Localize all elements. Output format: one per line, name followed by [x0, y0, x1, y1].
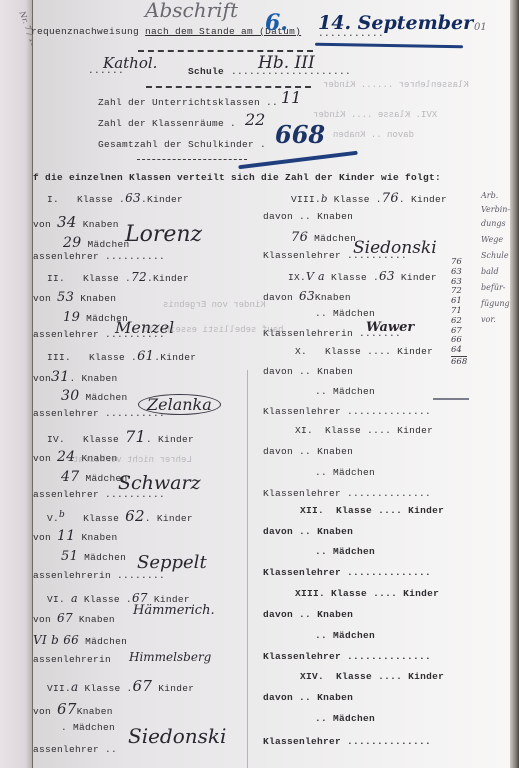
class-row-II: II. Klasse .72.Kinder	[47, 270, 189, 284]
pencil-note-abschrift: Abschrift	[145, 0, 238, 22]
rooms-count-label: Zahl der Klassenräume	[98, 118, 224, 129]
boys-row-XII: davon .. Knaben	[263, 526, 353, 537]
boys-row-III: von31. Knaben	[33, 369, 117, 385]
bleed-through-text: Klassenlehrer ...... Kinder	[323, 80, 469, 90]
teacher-name-VIa: Hämmerich.	[133, 603, 215, 618]
teacher-name-IV: Schwarz	[118, 472, 201, 494]
girls-row-XIII: .. Mädchen	[315, 630, 375, 641]
boys-row-VII: von 67Knaben	[33, 700, 113, 718]
girls-row-XI: .. Mädchen	[315, 467, 375, 478]
school-type-handwritten: Kathol.	[103, 54, 157, 72]
bleed-through-text: Kinder von Ergebnis	[163, 300, 266, 310]
total-children-label: Gesamtzahl der Schulkinder	[98, 139, 254, 150]
girls-row-XII: .. Mädchen	[315, 546, 375, 557]
girls-row-VII: . Mädchen	[61, 722, 115, 733]
class-row-V: V.b Klasse 62. Kinder	[47, 507, 193, 525]
boys-row-XIII: davon .. Knaben	[263, 609, 353, 620]
corner-mark: 01	[474, 22, 487, 33]
margin-note: Arb. Verbin- dungs Wege Schule bald befü…	[481, 186, 510, 330]
girls-row-VI: VI b 66 Mädchen	[33, 633, 127, 647]
boys-row-II: von 53 Knaben	[33, 290, 116, 305]
teacher-row-XI: Klassenlehrer ..............	[263, 488, 431, 499]
girls-row-III: 30 Mädchen	[61, 388, 127, 404]
title-prefix: requenznachweisung	[31, 26, 139, 37]
teacher-row-VII: assenlehrer ..	[33, 744, 117, 755]
class-row-IX: IX.V a Klasse .63 Kinder	[288, 269, 437, 283]
tally-underline	[433, 398, 469, 400]
class-row-VII: VII.a Klasse .67 Kinder	[47, 677, 194, 695]
boys-row-XIV: davon .. Knaben	[263, 692, 353, 703]
boys-row-X: davon .. Knaben	[263, 366, 353, 377]
classes-count-value: 11	[281, 88, 301, 107]
form-title: requenznachweisung nach dem Stande am (D…	[31, 26, 301, 37]
teacher-row-XII: Klassenlehrer ..............	[263, 567, 431, 578]
girls-row-I: 29 Mädchen	[63, 235, 129, 251]
summary-divider	[137, 159, 247, 160]
teacher-row-XIII: Klassenlehrer ..............	[263, 651, 431, 662]
class-row-III: III. Klasse .61.Kinder	[47, 349, 196, 364]
fold-line	[247, 370, 248, 768]
boys-row-VI: von 67 Knaben	[33, 611, 115, 625]
classes-count-label: Zahl der Unterrichtsklassen	[98, 97, 260, 108]
teacher-name-V: Seppelt	[137, 552, 207, 573]
boys-row-I: von 34 Knaben	[33, 213, 119, 231]
teacher-name-III: Zelanka	[138, 394, 221, 415]
teacher-row-I: assenlehrer ..........	[33, 251, 165, 262]
class-row-XI: XI. Klasse .... Kinder	[295, 425, 433, 436]
document-page: Klassenlehrer ...... Kinder XVI. Klasse …	[32, 0, 511, 768]
date-day-handwritten: 6.	[265, 10, 288, 36]
class-row-IV: IV. Klasse 71. Kinder	[47, 427, 194, 446]
girls-row-IX: .. Mädchen	[315, 308, 375, 319]
bleed-through-text: XVI. Klasse .... Kinder	[313, 110, 437, 120]
distribution-heading: f die einzelnen Klassen verteilt sich di…	[33, 172, 441, 183]
teacher-name-VII: Siedonski	[128, 724, 226, 748]
teacher-row-VI: assenlehrerin	[33, 654, 111, 665]
total-children-value: 668	[275, 120, 325, 149]
book-edge	[510, 0, 519, 768]
teacher-name-VIII: Siedonski	[353, 238, 437, 258]
class-row-VIII: VIII.b Klasse .76. Kinder	[291, 191, 447, 206]
kinder-count: 63	[125, 191, 141, 205]
girls-row-VIII: 76 Mädchen	[291, 230, 356, 245]
class-row-I: I. Klasse .63.Kinder	[47, 191, 183, 205]
teacher-name-IX: Wawer	[366, 320, 414, 335]
school-name-handwritten: Hb. III	[258, 53, 315, 73]
boys-row-IX: davon 63Knaben	[263, 289, 351, 303]
boys-row-VIII: davon .. Knaben	[263, 211, 353, 222]
girls-row-V: 51 Mädchen	[61, 549, 126, 564]
class-row-XII: XII. Klasse .... Kinder	[300, 505, 444, 516]
teacher-name-II: Menzel	[115, 318, 174, 337]
class-row-XIII: XIII. Klasse .... Kinder	[295, 588, 439, 599]
boys-row-V: von 11 Knaben	[33, 528, 117, 544]
bleed-through-text: davon .. Knaben	[333, 130, 414, 140]
date-handwritten: 14. September	[318, 12, 473, 34]
teacher-name-I: Lorenz	[125, 222, 202, 247]
class-row-XIV: XIV. Klasse .... Kinder	[300, 671, 444, 682]
ink-underline	[315, 43, 463, 49]
ink-underline-total	[238, 151, 358, 170]
school-label: Schule	[188, 66, 224, 77]
boys-row-IV: von 24 Knaben	[33, 449, 117, 465]
rooms-count-row: Zahl der Klassenräume .	[98, 118, 236, 129]
total-children-row: Gesamtzahl der Schulkinder .	[98, 139, 266, 150]
teacher-row-X: Klassenlehrer ..............	[263, 406, 431, 417]
header-divider	[138, 50, 313, 52]
class-row-X: X. Klasse .... Kinder	[295, 346, 433, 357]
boys-row-XI: davon .. Knaben	[263, 446, 353, 457]
tally-column: 76 63 63 72 61 71 62 67 66 64 668	[451, 258, 467, 368]
classes-count-row: Zahl der Unterrichtsklassen ..	[98, 97, 278, 108]
girls-row-X: .. Mädchen	[315, 386, 375, 397]
girls-row-XIV: .. Mädchen	[315, 713, 375, 724]
teacher-name-VIb: Himmelsberg	[129, 650, 211, 664]
left-adjacent-page: Nr. 7 / 1901	[0, 0, 32, 768]
teacher-row-XIV: Klassenlehrer ..............	[263, 736, 431, 747]
rooms-count-value: 22	[245, 110, 265, 129]
tally-total: 668	[451, 356, 467, 368]
